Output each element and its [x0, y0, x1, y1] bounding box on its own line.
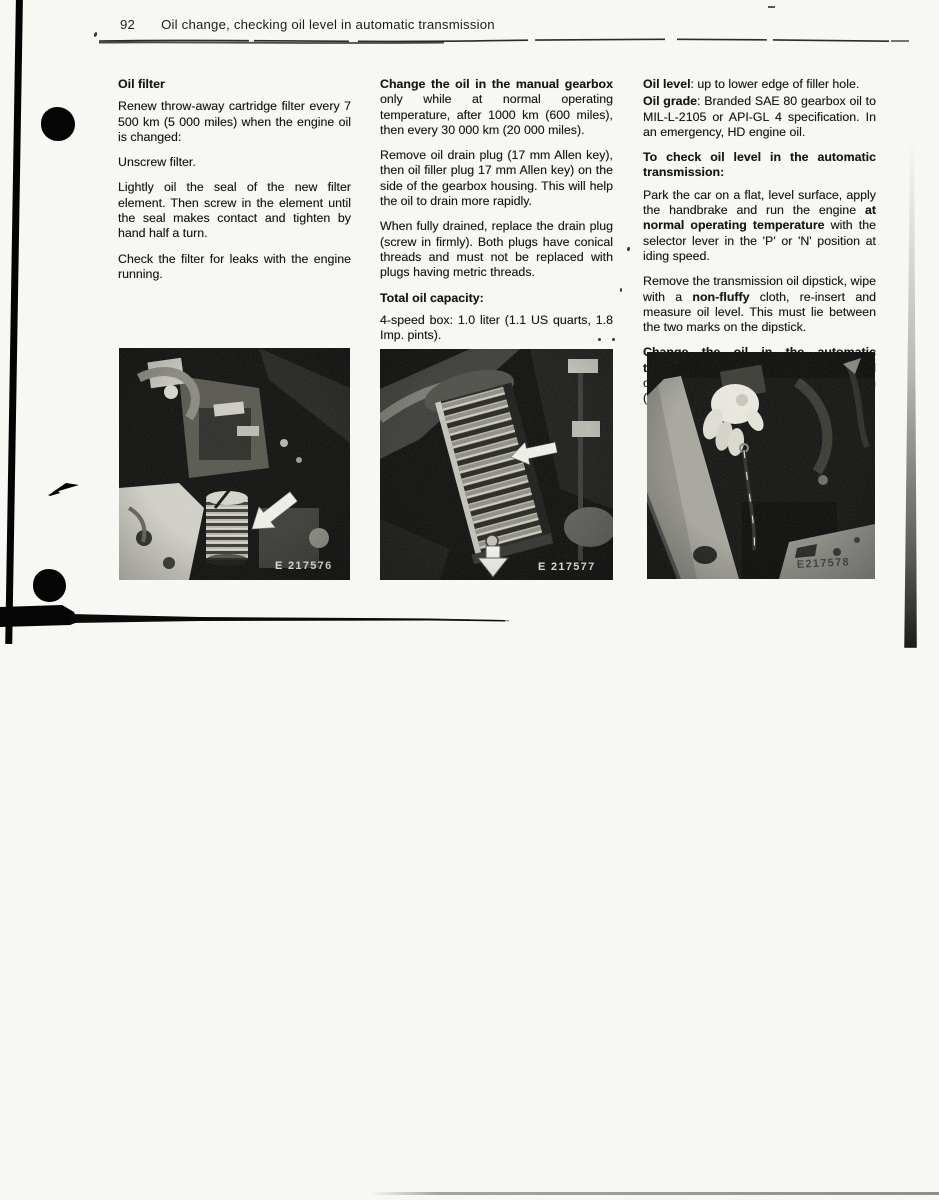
scan-bottom-line [370, 1192, 939, 1195]
scan-speck [620, 288, 622, 292]
photo-gearbox-plugs: E 217577 [380, 349, 613, 580]
scan-speck [93, 32, 97, 38]
paragraph-oil-seal: Lightly oil the seal of the new filter e… [118, 180, 351, 241]
paragraph-remove-dipstick: Remove the transmission oil dipstick, wi… [643, 274, 876, 335]
photo-gearbox-image: E 217577 [380, 349, 613, 580]
scan-ink-streak [0, 604, 520, 632]
column-oil-filter: Oil filter Renew throw-away cartridge fi… [118, 77, 351, 292]
binding-shadow [902, 140, 917, 648]
emphasis-non-fluffy: non-fluffy [692, 290, 749, 304]
lead-change-manual-oil: Change the oil in the manual gearbox [380, 77, 613, 91]
scan-speck [768, 6, 775, 8]
text-run: : up to lower edge of filler hole. [691, 77, 860, 91]
paragraph-park-car: Park the car on a flat, level surface, a… [643, 188, 876, 264]
heading-oil-filter: Oil filter [118, 77, 351, 92]
text-run: only while at normal operating temperatu… [380, 92, 613, 137]
scan-speck [627, 247, 631, 252]
paragraph-oil-level: Oil level: up to lower edge of filler ho… [643, 77, 876, 92]
photo-dipstick: E217578 [647, 352, 875, 579]
paragraph-check-leaks: Check the filter for leaks with the engi… [118, 252, 351, 283]
photo-oil-filter-image: E 217576 [119, 348, 350, 580]
header-rule [99, 35, 911, 47]
photo-dipstick-image: E217578 [647, 352, 875, 579]
page-title: Oil change, checking oil level in automa… [161, 17, 495, 32]
text-run: Park the car on a flat, level surface, a… [643, 188, 876, 217]
column-manual-gearbox: Change the oil in the manual gearbox onl… [380, 77, 613, 394]
punch-hole-top [41, 107, 75, 141]
scan-left-edge [5, 0, 23, 644]
scan-ink-dart [48, 479, 80, 499]
paragraph-change-manual-oil: Change the oil in the manual gearbox onl… [380, 77, 613, 138]
paragraph-unscrew-filter: Unscrew filter. [118, 155, 351, 170]
page-number: 92 [120, 17, 135, 32]
manual-page: 92Oil change, checking oil level in auto… [0, 0, 939, 1200]
paragraph-remove-drain-plug: Remove oil drain plug (17 mm Allen key),… [380, 148, 613, 209]
heading-total-oil-capacity: Total oil capacity: [380, 291, 613, 306]
heading-check-oil-level: To check oil level in the automatic tran… [643, 150, 876, 181]
photo-oil-filter: E 217576 [119, 348, 350, 580]
paragraph-4-speed-capacity: 4-speed box: 1.0 liter (1.1 US quarts, 1… [380, 313, 613, 344]
punch-hole-bottom [33, 569, 66, 602]
lead-oil-level: Oil level [643, 77, 691, 91]
paragraph-replace-drain-plug: When fully drained, replace the drain pl… [380, 219, 613, 280]
paragraph-oil-grade: Oil grade: Branded SAE 80 gearbox oil to… [643, 94, 876, 140]
lead-oil-grade: Oil grade [643, 94, 697, 108]
paragraph-renew-filter: Renew throw-away cartridge filter every … [118, 99, 351, 145]
page-header: 92Oil change, checking oil level in auto… [120, 17, 495, 32]
